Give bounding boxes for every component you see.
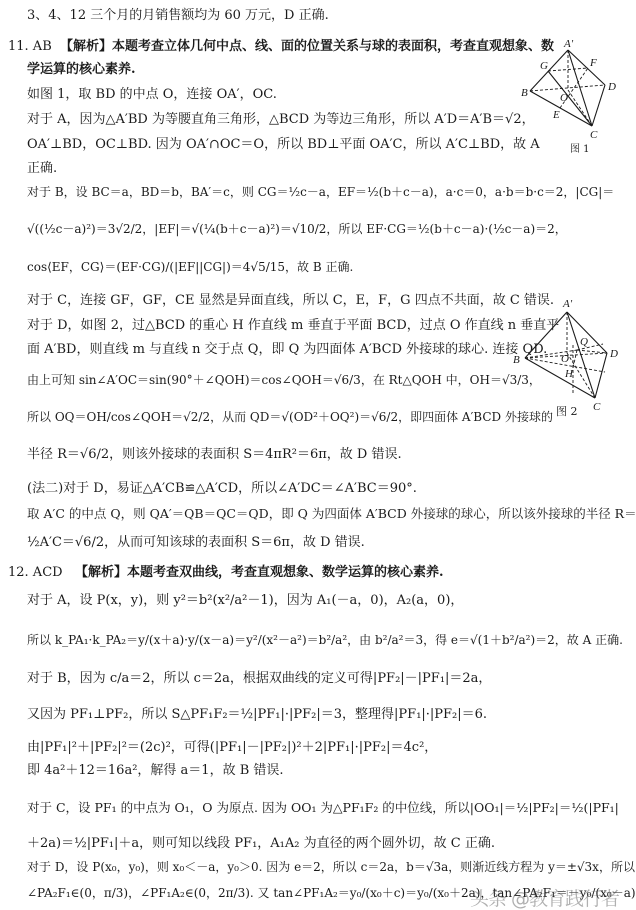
svg-text:G: G bbox=[540, 60, 548, 72]
text-line: 所以 k_PA₁·k_PA₂＝y/(x＋a)·y/(x－a)＝y²/(x²－a²… bbox=[27, 631, 623, 649]
text-line: 面 A′BD，则直线 m 与直线 n 交于点 Q，即 Q 为四面体 A′BCD … bbox=[27, 341, 547, 359]
question-12-header: 12. ACD 【解析】本题考查双曲线，考查直观想象、数学运算的核心素养. bbox=[8, 564, 444, 582]
svg-text:O: O bbox=[561, 353, 569, 365]
text-line: (法二)对于 D，易证△A′CB≌△A′CD，所以∠A′DC＝∠A′BC＝90°… bbox=[27, 480, 417, 498]
text-line: 对于 A，因为△A′BD 为等腰直角三角形，△BCD 为等边三角形，所以 A′D… bbox=[27, 111, 535, 129]
text-line: 所以 OQ＝OH/cos∠QOH＝√2/2，从而 QD＝√(OD²＋OQ²)＝√… bbox=[27, 408, 553, 426]
svg-text:D: D bbox=[609, 348, 618, 360]
text-line: 对于 D，设 P(x₀，y₀)，则 x₀＜－a，y₀＞0. 因为 e＝2，所以 … bbox=[27, 858, 635, 876]
text-line: 取 A′C 的中点 Q，则 QA′＝QB＝QC＝QD，即 Q 为四面体 A′BC… bbox=[27, 505, 636, 523]
text-line: 对于 C，设 PF₁ 的中点为 O₁，O 为原点. 因为 OO₁ 为△PF₁F₂… bbox=[27, 799, 619, 817]
analysis-tag: 【解析】 bbox=[75, 565, 127, 580]
svg-text:A′: A′ bbox=[563, 38, 574, 50]
text-line: 由|PF₁|²＋|PF₂|²＝(2c)²，可得(|PF₁|－|PF₂|)²＋2|… bbox=[27, 739, 437, 757]
text-line: 对于 B，设 BC＝a，BD＝b，BA′＝c，则 CG＝½c－a，EF＝½(b＋… bbox=[27, 183, 614, 201]
text-line: ½A′C＝√6/2，从而可知该球的表面积 S＝6π，故 D 错误. bbox=[27, 534, 365, 552]
svg-text:O: O bbox=[560, 92, 568, 104]
watermark: 头条 @教育践行者 bbox=[470, 884, 619, 910]
figure-1-caption: 图 1 bbox=[570, 143, 590, 155]
svg-text:C: C bbox=[590, 129, 598, 141]
analysis-tag: 【解析】 bbox=[60, 39, 112, 54]
text-line: 对于 A，设 P(x，y)，则 y²＝b²(x²/a²－1)，因为 A₁(－a，… bbox=[27, 592, 463, 610]
text-line: 对于 D，如图 2，过△BCD 的重心 H 作直线 m 垂直于平面 BCD，过点… bbox=[27, 317, 559, 335]
text-line: 对于 B，因为 c/a＝2，所以 c＝2a，根据双曲线的定义可得|PF₂|－|P… bbox=[27, 670, 491, 688]
question-number: 11. AB bbox=[8, 39, 52, 54]
text-line: 对于 C，连接 GF，GF，CE 显然是异面直线，所以 C，E，F，G 四点不共… bbox=[27, 292, 554, 310]
question-number: 12. ACD bbox=[8, 565, 63, 580]
text-line: OA′⊥BD，OC⊥BD. 因为 OA′∩OC＝O，所以 BD⊥平面 OA′C，… bbox=[27, 136, 540, 154]
svg-text:Q: Q bbox=[580, 336, 588, 348]
text-line: 学运算的核心素养. bbox=[27, 61, 136, 79]
svg-text:A′: A′ bbox=[562, 298, 573, 310]
svg-text:C: C bbox=[593, 401, 601, 413]
question-intro: 本题考查立体几何中点、线、面的位置关系与球的表面积，考查直观想象、数 bbox=[112, 39, 554, 54]
svg-text:H: H bbox=[564, 368, 574, 380]
svg-text:D: D bbox=[607, 81, 616, 93]
text-line: 如图 1，取 BD 的中点 O，连接 OA′，OC. bbox=[27, 86, 277, 104]
figure-1-tetrahedron: A′ G F B O D E C 图 1 bbox=[520, 38, 636, 160]
svg-text:B: B bbox=[513, 354, 520, 366]
figure-2-caption: 图 2 bbox=[556, 403, 578, 419]
text-line: 正确. bbox=[27, 160, 57, 178]
question-intro: 本题考查双曲线，考查直观想象、数学运算的核心素养. bbox=[127, 565, 444, 580]
svg-text:B: B bbox=[521, 87, 528, 99]
text-line: 即 4a²＋12＝16a²，解得 a＝1，故 B 错误. bbox=[27, 762, 284, 780]
text-line: 由上可知 sin∠A′OC＝sin(90°＋∠QOH)＝cos∠QOH＝√6/3… bbox=[27, 371, 541, 389]
text-line: √((½c－a)²)＝3√2/2，|EF|＝√(¼(b＋c－a)²)＝√10/2… bbox=[27, 220, 567, 238]
svg-text:E: E bbox=[552, 109, 560, 121]
text-line: cos⟨EF，CG⟩＝(EF·CG)/(|EF||CG|)＝4√5/15，故 B… bbox=[27, 258, 353, 276]
svg-text:F: F bbox=[589, 57, 597, 69]
text-line: ＋2a)＝½|PF₁|＋a，则可知以线段 PF₁，A₁A₂ 为直径的两个圆外切，… bbox=[27, 835, 495, 853]
text-line: 半径 R＝√6/2，则该外接球的表面积 S＝4πR²＝6π，故 D 错误. bbox=[27, 446, 402, 464]
text-line: 又因为 PF₁⊥PF₂，所以 S△PF₁F₂＝½|PF₁|·|PF₂|＝3，整理… bbox=[27, 706, 487, 724]
text-line: 3、4、12 三个月的月销售额均为 60 万元，D 正确. bbox=[27, 7, 329, 25]
question-11-header: 11. AB 【解析】本题考查立体几何中点、线、面的位置关系与球的表面积，考查直… bbox=[8, 38, 554, 56]
